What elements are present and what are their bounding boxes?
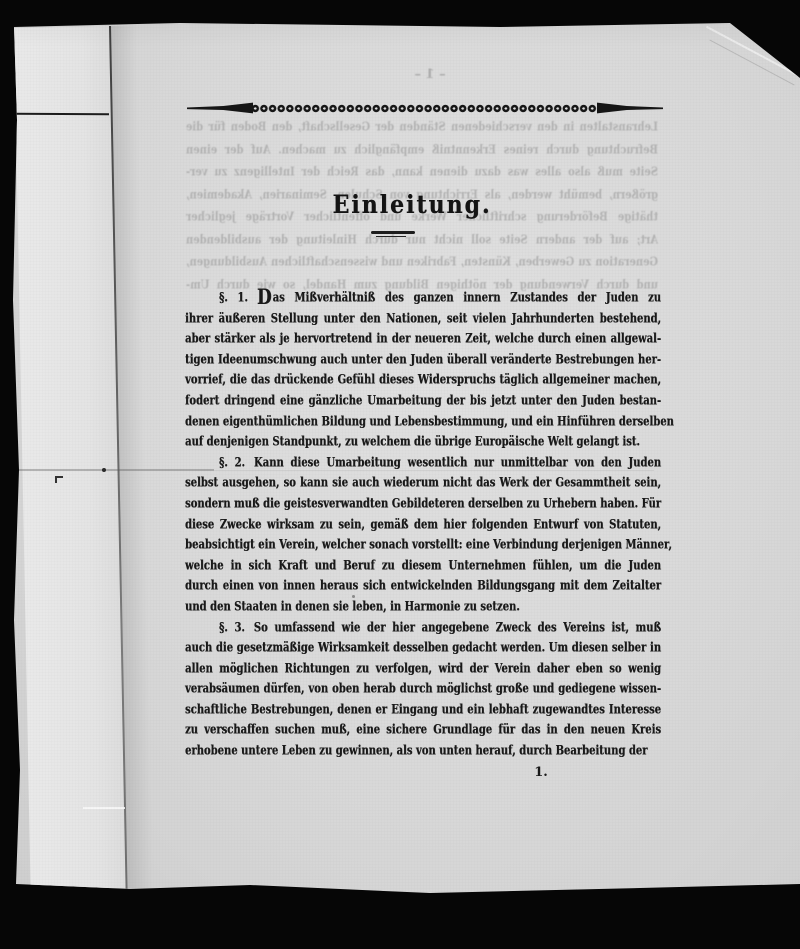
section-marker: §. 1.: [219, 291, 248, 305]
corner-crease: [706, 26, 800, 80]
beaded-rule-ornament: [187, 101, 663, 115]
heading-flourish-rule: [371, 231, 415, 234]
flyleaf-strip: [14, 26, 127, 890]
book-scan: – 1 – Lehranstalten in den verschiedenen…: [0, 0, 800, 949]
scanned-book-page: – 1 – Lehranstalten in den verschiedenen…: [0, 0, 800, 949]
ink-speck: [55, 476, 63, 483]
bead-chain-icon: [251, 103, 599, 114]
crease-line: [14, 469, 214, 471]
text-run: So umfassend wie der hier angegebene Zwe…: [254, 621, 661, 635]
ink-speck: [102, 468, 106, 472]
section-marker: §. 3.: [219, 621, 245, 635]
text-line: erhobene untere Leben zu gewinnen, als v…: [185, 739, 661, 765]
signature-mark: 1.: [528, 765, 554, 780]
heading-flourish-rule-thin: [376, 236, 406, 237]
text-run: as Mißverhältniß des ganzen innern Zusta…: [273, 291, 661, 305]
white-scratch: [83, 807, 125, 809]
page-number-bleedthrough: – 1 –: [398, 67, 462, 82]
taper-line-left-icon: [187, 101, 253, 115]
section-heading: Einleitung.: [174, 190, 650, 220]
section-marker: §. 2.: [219, 456, 245, 470]
taper-line-right-icon: [597, 101, 663, 115]
body-text: §. 1.Das Mißverhältniß des ganzen innern…: [185, 289, 661, 763]
text-run: Kann diese Umarbeitung wesentlich nur un…: [254, 456, 661, 470]
corner-crease-shadow: [709, 40, 794, 86]
